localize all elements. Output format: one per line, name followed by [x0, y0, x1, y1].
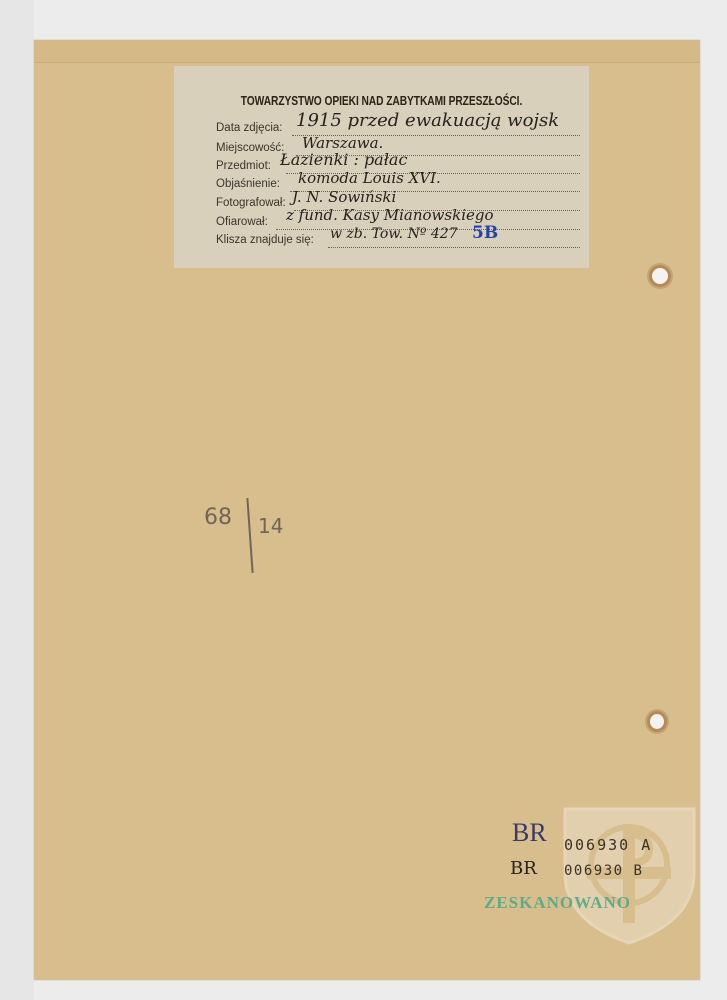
field-value-date: 1915 przed ewakuacją wojsk: [296, 110, 559, 131]
field-place: Miejscowość:: [216, 142, 284, 159]
label-title: TOWARZYSTWO OPIEKI NAD ZABYTKAMI PRZESZŁ…: [211, 94, 551, 108]
field-description: Objaśnienie:: [216, 178, 280, 195]
pencil-slash: [246, 498, 253, 573]
field-label: Przedmiot:: [216, 160, 271, 172]
field-photographer: Fotografował:: [216, 197, 286, 214]
field-value-photographer: J. N. Sowiński: [292, 188, 396, 206]
field-label: Klisza znajduje się:: [216, 234, 314, 246]
field-negative-location: Klisza znajduje się:: [216, 234, 314, 251]
archive-sheet: TOWARZYSTWO OPIEKI NAD ZABYTKAMI PRZESZŁ…: [34, 40, 700, 980]
stamp-prefix-2: BR: [510, 858, 537, 879]
field-label: Fotografował:: [216, 197, 286, 209]
pencil-note-right: 14: [258, 514, 283, 538]
field-label: Objaśnienie:: [216, 178, 280, 190]
field-value-subject: Łazienki : pałac: [280, 150, 407, 169]
punch-hole-bottom: [650, 714, 664, 729]
inventory-number-a: 006930 A: [564, 836, 652, 854]
inventory-number-b: 006930 B: [564, 863, 643, 879]
field-subject: Przedmiot:: [216, 160, 271, 177]
pencil-note-left: 68: [204, 505, 232, 530]
field-value-donor: z fund. Kasy Mianowskiego: [286, 206, 494, 224]
field-label: Data zdjęcia:: [216, 122, 282, 134]
stamp-prefix-1: BR: [512, 818, 547, 848]
scanned-stamp: ZESKANOWANO: [484, 893, 631, 913]
field-label: Miejscowość:: [216, 142, 284, 154]
scan-background: [0, 0, 34, 1000]
punch-hole-top: [652, 268, 668, 284]
field-label: Ofiarował:: [216, 216, 268, 228]
field-date: Data zdjęcia:: [216, 122, 282, 139]
catalog-label: TOWARZYSTWO OPIEKI NAD ZABYTKAMI PRZESZŁ…: [174, 66, 589, 268]
dotted-line: [328, 247, 580, 248]
field-value-description: komoda Louis XVI.: [298, 169, 441, 187]
field-donor: Ofiarował:: [216, 216, 268, 233]
field-value-negative-extra: 5B: [472, 223, 498, 243]
field-value-negative-location: w zb. Tow. Nº 427: [330, 226, 458, 242]
